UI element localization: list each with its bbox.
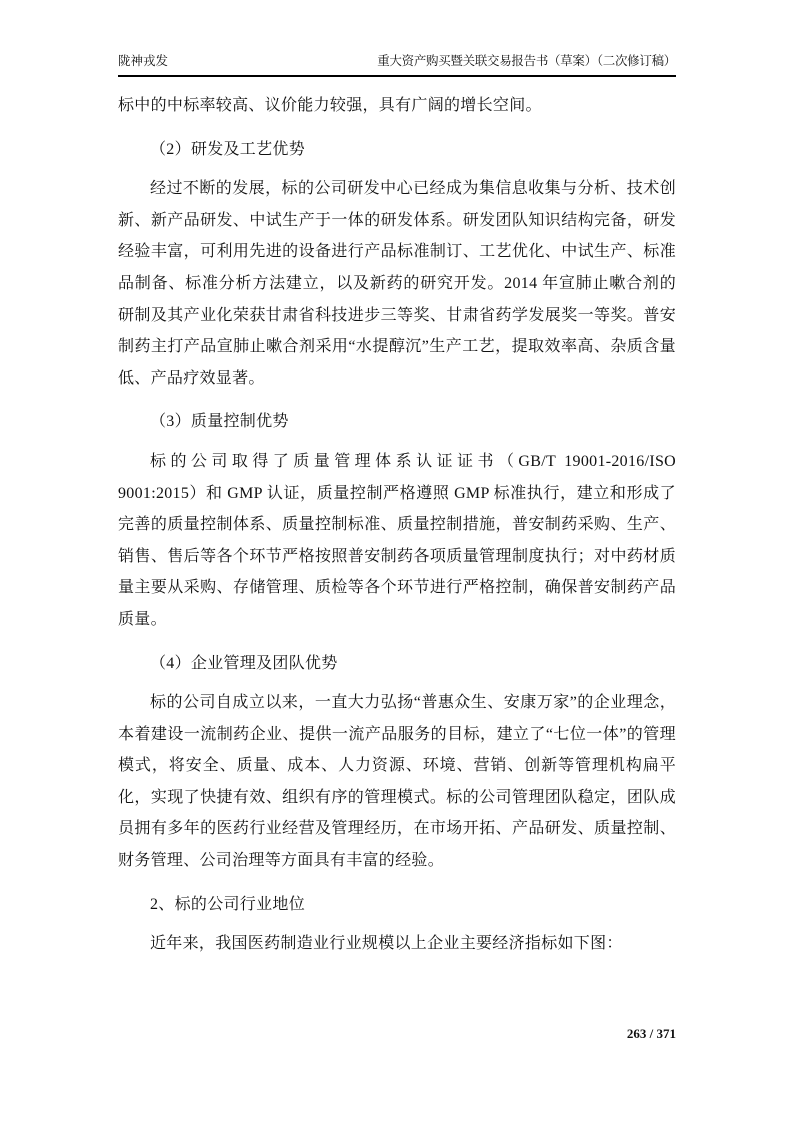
content-column: 陇神戎发 重大资产购买暨关联交易报告书（草案）（二次修订稿） 标中的中标率较高、…: [118, 54, 676, 960]
section-heading-2: （2）研发及工艺优势: [118, 134, 676, 166]
header-company-name: 陇神戎发: [118, 54, 168, 69]
page-footer: 263 / 371: [627, 1026, 676, 1042]
paragraph: 经过不断的发展，标的公司研发中心已经成为集信息收集与分析、技术创新、新产品研发、…: [118, 173, 676, 394]
page-header: 陇神戎发 重大资产购买暨关联交易报告书（草案）（二次修订稿）: [118, 54, 676, 77]
header-document-title: 重大资产购买暨关联交易报告书（草案）（二次修订稿）: [377, 54, 676, 69]
paragraph: 标的公司取得了质量管理体系认证证书（GB/T 19001-2016/ISO 90…: [118, 446, 676, 636]
document-page: 陇神戎发 重大资产购买暨关联交易报告书（草案）（二次修订稿） 标中的中标率较高、…: [0, 0, 793, 1122]
paragraph: 近年来，我国医药制造业行业规模以上企业主要经济指标如下图：: [118, 928, 676, 960]
page-number: 263 / 371: [627, 1026, 676, 1041]
paragraph: 标中的中标率较高、议价能力较强，具有广阔的增长空间。: [118, 90, 676, 122]
section-heading-4: （4）企业管理及团队优势: [118, 648, 676, 680]
section-heading-3: （3）质量控制优势: [118, 406, 676, 438]
section-heading-industry-position: 2、标的公司行业地位: [118, 889, 676, 921]
paragraph: 标的公司自成立以来，一直大力弘扬“普惠众生、安康万家”的企业理念，本着建设一流制…: [118, 687, 676, 877]
document-body: 标中的中标率较高、议价能力较强，具有广阔的增长空间。 （2）研发及工艺优势 经过…: [118, 90, 676, 960]
